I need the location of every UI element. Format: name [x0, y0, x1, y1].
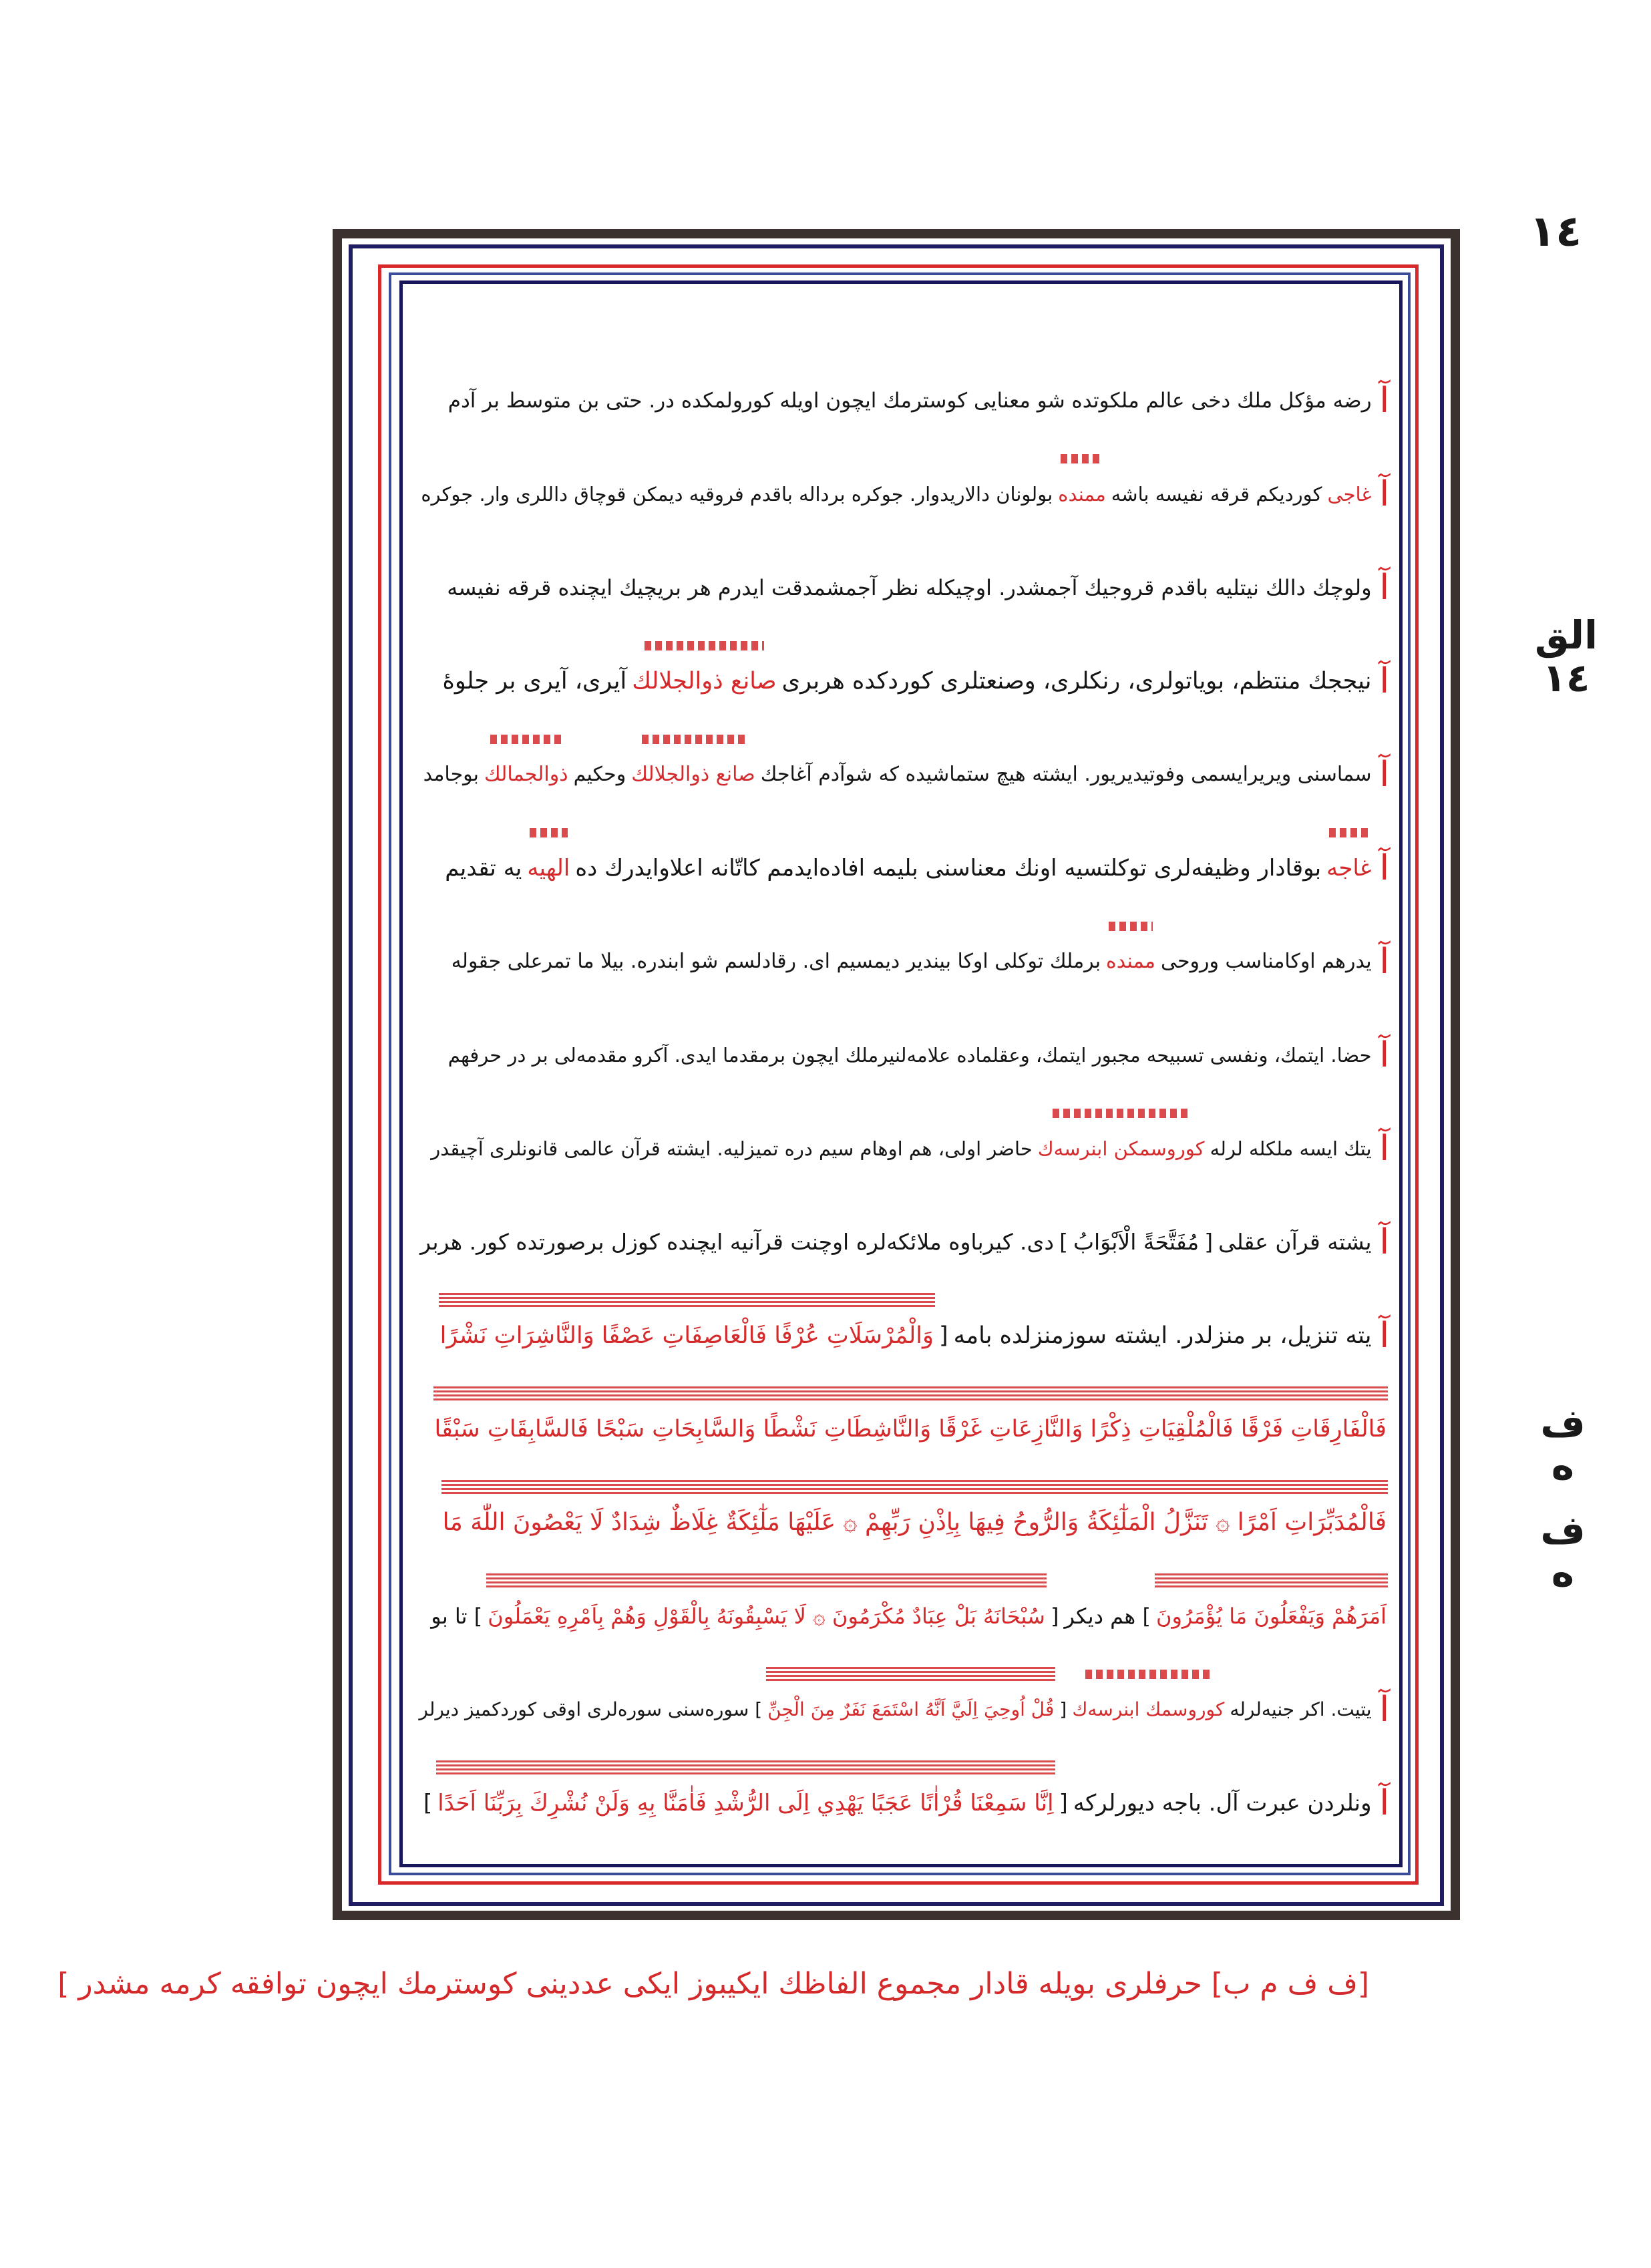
- manuscript-line: آغاجىكورديكم قرقه نفيسه باشهممندهبولونان…: [427, 421, 1389, 514]
- body-text: [: [1048, 1596, 1061, 1636]
- manuscript-line: آرضه مؤكل ملك دخى عالم ملكوتده شو معنايى…: [427, 327, 1389, 421]
- margin-marker: ف ه: [1536, 1402, 1590, 1488]
- manuscript-line: اَمَرَهُمْ وَيَفْعَلُونَ مَا يُؤْمَرُونَ…: [427, 1543, 1389, 1636]
- rubricated-word: غاجى: [1324, 474, 1374, 514]
- quran-verse-text: سُبْحَانَهُ بَلْ عِبَادٌ مُكْرَمُونَ ۞ ل…: [485, 1596, 1048, 1636]
- body-text: يشته قرآن عقلى: [1216, 1222, 1374, 1262]
- line-lead-letter: آ: [1380, 568, 1389, 608]
- line-lead-letter: آ: [1380, 942, 1389, 982]
- quran-verse-text: وَالْمُرْسَلَاتِ عُرْفًا فَالْعَاصِفَاتِ…: [437, 1316, 936, 1356]
- manuscript-line: آيته تنزيل، بر منزلدر. ايشته سوزمنزلده ب…: [427, 1262, 1389, 1356]
- manuscript-text-block: آرضه مؤكل ملك دخى عالم ملكوتده شو معنايى…: [427, 314, 1389, 1850]
- body-text: رضه مؤكل ملك دخى عالم ملكوتده شو معنايى …: [445, 381, 1374, 421]
- body-text: بولونان دالاريدوار. جوكره برداله باقدم ف…: [418, 474, 1055, 514]
- body-text: يتيت. اكر جنيه‌لرله: [1227, 1690, 1374, 1730]
- line-lead-letter: آ: [1380, 1783, 1389, 1823]
- manuscript-line: آونلردن عبرت آل. باجه ديورلرکه[اِنَّا سَ…: [427, 1730, 1389, 1823]
- quran-verse-text: اِنَّا سَمِعْنَا قُرْاٰنًا عَجَبًا يَهْد…: [435, 1783, 1056, 1823]
- quran-verse-text: قُلْ اُوحِيَ اِلَيَّ اَنَّهُ اسْتَمَعَ ن…: [765, 1690, 1057, 1730]
- line-lead-letter: آ: [1380, 381, 1389, 421]
- body-text: حاضر اولى، هم اوهام سيم دره تميزليه. ايش…: [428, 1129, 1035, 1169]
- body-text: دى. كيرباوه ملائكه‌لره اوچنت قرآنيه ايچن…: [417, 1222, 1057, 1262]
- body-text: يه تقديم: [442, 848, 524, 888]
- footnote: [ف ف م ب] حرفلرى بويله قادار مجموع الفاظ…: [434, 1967, 1369, 2001]
- body-text: ونلردن عبرت آل. باجه ديورلرکه: [1071, 1783, 1374, 1823]
- margin-reference-label: الق: [1529, 614, 1603, 657]
- line-lead-letter: آ: [1380, 1690, 1389, 1730]
- body-text: ]: [421, 1783, 435, 1823]
- rubricated-word: كوروسمكن ابنرسه‌ك: [1035, 1129, 1208, 1169]
- manuscript-line: آسماسنى ويريرايسمى وفوتيديريور. ايشته هي…: [427, 701, 1389, 795]
- manuscript-line: آيتيت. اكر جنيه‌لرلهكوروسمك ابنرسه‌ك[قُل…: [427, 1636, 1389, 1730]
- body-text: ]: [1057, 1222, 1071, 1262]
- body-text: ولوچك دالك نيتليه باقدم قروجيك آجمشدر. ا…: [444, 568, 1374, 608]
- manuscript-line: فَالْفَارِقَاتِ فَرْقًا فَالْمُلْقِيَاتِ…: [427, 1356, 1389, 1449]
- body-text: نيججك منتظم، بوياتولرى، رنكلرى، وصنعتلرى…: [779, 661, 1374, 701]
- rubricated-word: ذوالجمالك: [482, 755, 571, 795]
- line-lead-letter: آ: [1380, 755, 1389, 795]
- line-lead-letter: آ: [1380, 848, 1389, 888]
- body-text: بوجامد: [421, 755, 482, 795]
- manuscript-line: آولوچك دالك نيتليه باقدم قروجيك آجمشدر. …: [427, 514, 1389, 608]
- quran-verse-text: فَالْفَارِقَاتِ فَرْقًا فَالْمُلْقِيَاتِ…: [432, 1409, 1390, 1449]
- page-number: ١٤: [1529, 207, 1582, 256]
- body-text: [: [1057, 1783, 1071, 1823]
- quran-verse-text: فَالْمُدَبِّرَاتِ اَمْرًا ۞ تَنَزَّلُ ال…: [440, 1503, 1389, 1543]
- rubricated-word: كوروسمك ابنرسه‌ك: [1069, 1690, 1227, 1730]
- line-lead-letter: آ: [1380, 1129, 1389, 1169]
- manuscript-line: آحضا. ايتمك، ونفسى تسبيحه مجبور ايتمك، و…: [427, 982, 1389, 1075]
- body-text: ] تا بو: [428, 1596, 485, 1636]
- manuscript-line: فَالْمُدَبِّرَاتِ اَمْرًا ۞ تَنَزَّلُ ال…: [427, 1449, 1389, 1543]
- rubricated-word: غاجه: [1324, 848, 1374, 888]
- body-text: وحكيم: [571, 755, 629, 795]
- body-text: حضا. ايتمك، ونفسى تسبيحه مجبور ايتمك، وع…: [445, 1035, 1374, 1075]
- margin-marker: ف ه: [1536, 1509, 1590, 1595]
- manuscript-line: آغاجهبوقادار وظيفه‌لرى توكلتسيه اونك معن…: [427, 795, 1389, 888]
- manuscript-line: آيدرهم اوكامناسب وروحىممندهبرملك توكلى ا…: [427, 888, 1389, 982]
- body-text: ] سوره‌سنى سوره‌لرى اوقى كوردكميز ديرلر: [416, 1690, 765, 1730]
- body-text: سماسنى ويريرايسمى وفوتيديريور. ايشته هيچ…: [758, 755, 1374, 795]
- body-text: [: [936, 1316, 951, 1356]
- body-text: يتك ايسه ملكله لرله: [1208, 1129, 1374, 1169]
- manuscript-line: آنيججك منتظم، بوياتولرى، رنكلرى، وصنعتلر…: [427, 608, 1389, 701]
- margin-reference-number: ١٤: [1529, 657, 1603, 700]
- manuscript-line: آيتك ايسه ملكله لرلهكوروسمكن ابنرسه‌كحاض…: [427, 1075, 1389, 1169]
- body-text: كورديكم قرقه نفيسه باشه: [1109, 474, 1325, 514]
- rubricated-word: الهيه: [524, 848, 572, 888]
- body-text: بوقادار وظيفه‌لرى توكلتسيه اونك معناسنى …: [572, 848, 1324, 888]
- line-lead-letter: آ: [1380, 1316, 1389, 1356]
- manuscript-line: آيشته قرآن عقلى[مُفَتَّحَةً الْاَبْوَابُ…: [427, 1169, 1389, 1262]
- quran-verse-text: اَمَرَهُمْ وَيَفْعَلُونَ مَا يُؤْمَرُونَ: [1153, 1596, 1389, 1636]
- body-text: آيرى، آيرى بر جلوهٔ: [439, 661, 629, 701]
- body-text: [: [1057, 1690, 1069, 1730]
- body-text: يدرهم اوكامناسب وروحى: [1158, 942, 1374, 982]
- body-text: ] هم ديكر: [1061, 1596, 1153, 1636]
- body-text: [: [1202, 1222, 1216, 1262]
- rubricated-word: ممنده: [1103, 942, 1158, 982]
- line-lead-letter: آ: [1380, 1222, 1389, 1262]
- line-lead-letter: آ: [1380, 661, 1389, 701]
- body-text: يته تنزيل، بر منزلدر. ايشته سوزمنزلده با…: [951, 1316, 1374, 1356]
- rubricated-word: صانع ذوالجلالك: [629, 661, 779, 701]
- rubricated-word: ممنده: [1055, 474, 1108, 514]
- line-lead-letter: آ: [1380, 1035, 1389, 1075]
- margin-reference: الق ١٤: [1529, 614, 1603, 700]
- body-text: مُفَتَّحَةً الْاَبْوَابُ: [1071, 1222, 1202, 1262]
- rubricated-word: صانع ذوالجلالك: [628, 755, 757, 795]
- line-lead-letter: آ: [1380, 474, 1389, 514]
- body-text: برملك توكلى اوكا بيندير ديمسيم اى. رقادل…: [449, 942, 1103, 982]
